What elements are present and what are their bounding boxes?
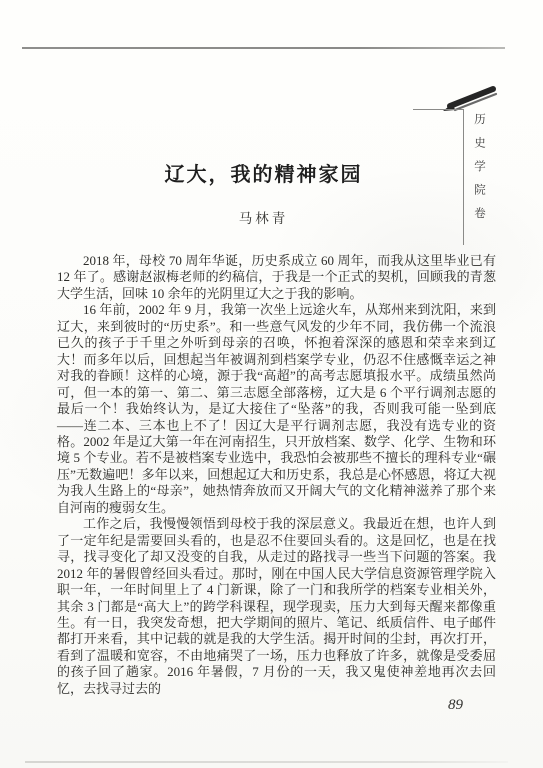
header-rule bbox=[22, 47, 505, 49]
paragraph: 工作之后，我慢慢领悟到母校于我的深层意义。我最近在想，也许人到了一定年纪是需要回… bbox=[57, 516, 496, 697]
margin-tab-horizontal-line bbox=[413, 109, 464, 110]
article-body: 2018 年，母校 70 周年华诞，历史系成立 60 周年，而我从这里毕业已有 … bbox=[57, 253, 496, 697]
volume-label: 历史学院卷 bbox=[471, 113, 487, 231]
paragraph: 2018 年，母校 70 周年华诞，历史系成立 60 周年，而我从这里毕业已有 … bbox=[57, 253, 496, 302]
paragraph: 16 年前，2002 年 9 月，我第一次坐上远途火车，从郑州来到沈阳，来到辽大… bbox=[57, 302, 496, 516]
author-name: 马林青 bbox=[57, 207, 470, 227]
article-title: 辽大，我的精神家园 bbox=[57, 158, 470, 187]
page-number: 89 bbox=[448, 697, 463, 714]
page-bottom-edge bbox=[25, 761, 508, 763]
